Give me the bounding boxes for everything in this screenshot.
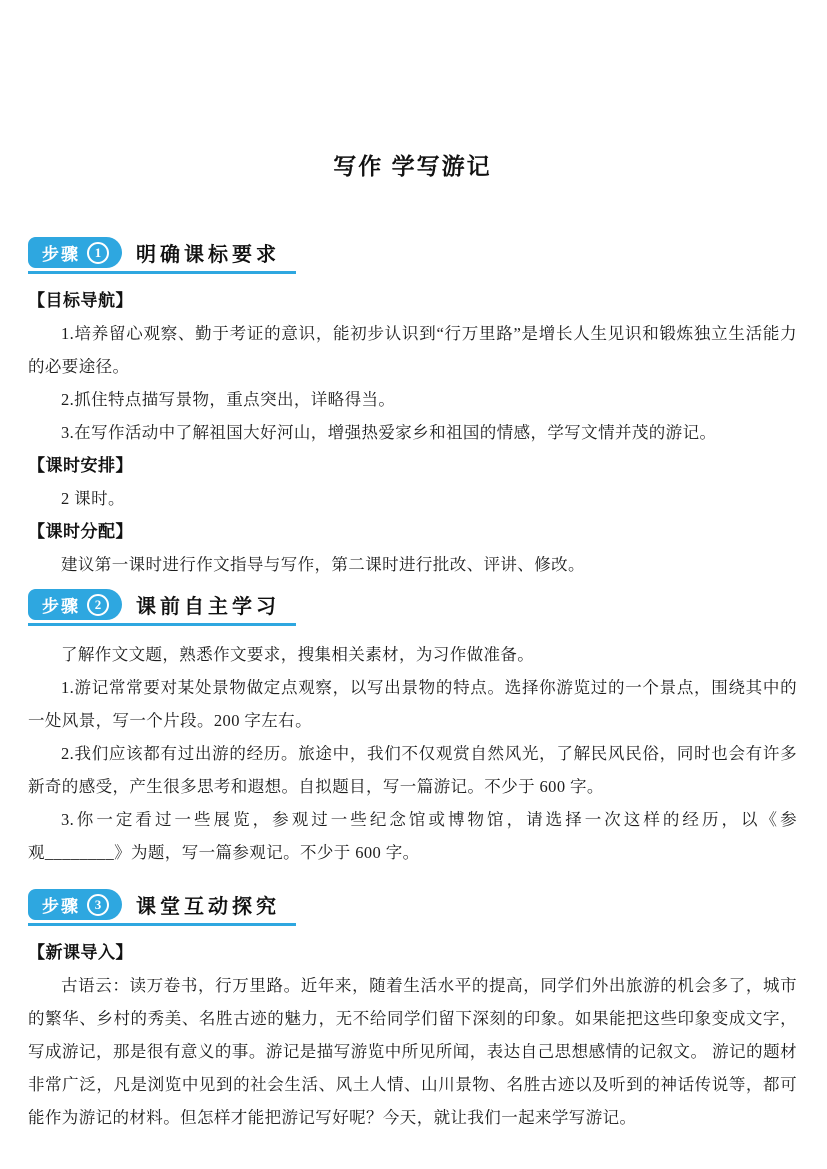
step1-header: 步骤1 明确课标要求 xyxy=(28,237,296,274)
step2-header: 步骤2 课前自主学习 xyxy=(28,589,296,626)
step2-number-icon: 2 xyxy=(87,594,109,616)
prestudy-intro: 了解作文文题，熟悉作文要求，搜集相关素材，为习作做准备。 xyxy=(28,638,797,671)
task3-text-after: 为题，写一篇参观记。不少于 600 字。 xyxy=(131,843,420,862)
prestudy-task-3: 3.你一定看过一些展览，参观过一些纪念馆或博物馆，请选择一次这样的经历，以《参观… xyxy=(28,803,797,869)
step3-number-icon: 3 xyxy=(87,894,109,916)
step3-header-row: 步骤3 课堂互动探究 xyxy=(28,889,797,926)
step1-badge-label: 步骤 xyxy=(42,240,80,265)
step2-title: 课前自主学习 xyxy=(136,596,280,618)
goal-item-2: 2.抓住特点描写景物，重点突出，详略得当。 xyxy=(28,383,797,416)
allocation-text: 建议第一课时进行作文指导与写作，第二课时进行批改、评讲、修改。 xyxy=(28,548,797,581)
subhead-goal-navigation: 【目标导航】 xyxy=(28,284,797,317)
subhead-class-allocation: 【课时分配】 xyxy=(28,515,797,548)
task3-text-before: 3.你一定看过一些展览，参观过一些纪念馆或博物馆，请选择一次这样的经历，以《参 xyxy=(61,810,797,829)
schedule-text: 2 课时。 xyxy=(28,482,797,515)
step1-number-icon: 1 xyxy=(87,242,109,264)
prestudy-task-1: 1.游记常常要对某处景物做定点观察，以写出景物的特点。选择你游览过的一个景点，围… xyxy=(28,671,797,737)
task3-fill-in-blank: 观________》 xyxy=(28,843,131,862)
step2-badge: 步骤2 xyxy=(28,589,122,620)
prestudy-task-2: 2.我们应该都有过出游的经历。旅途中，我们不仅观赏自然风光，了解民风民俗，同时也… xyxy=(28,737,797,803)
step1-header-row: 步骤1 明确课标要求 xyxy=(28,237,797,274)
step1-badge: 步骤1 xyxy=(28,237,122,268)
step3-badge: 步骤3 xyxy=(28,889,122,920)
step3-title: 课堂互动探究 xyxy=(136,896,280,918)
subhead-new-lesson-intro: 【新课导入】 xyxy=(28,936,797,969)
goal-item-1: 1.培养留心观察、勤于考证的意识，能初步认识到“行万里路”是增长人生见识和锻炼独… xyxy=(28,317,797,383)
new-lesson-intro-text: 古语云：读万卷书，行万里路。近年来，随着生活水平的提高，同学们外出旅游的机会多了… xyxy=(28,969,797,1134)
goal-item-3: 3.在写作活动中了解祖国大好河山，增强热爱家乡和祖国的情感，学写文情并茂的游记。 xyxy=(28,416,797,449)
subhead-class-schedule: 【课时安排】 xyxy=(28,449,797,482)
page-title: 写作 学写游记 xyxy=(28,148,797,181)
document-page: 写作 学写游记 步骤1 明确课标要求 【目标导航】 1.培养留心观察、勤于考证的… xyxy=(0,148,827,1134)
step3-badge-label: 步骤 xyxy=(42,892,80,917)
step3-header: 步骤3 课堂互动探究 xyxy=(28,889,296,926)
step1-title: 明确课标要求 xyxy=(136,244,280,266)
step2-header-row: 步骤2 课前自主学习 xyxy=(28,589,797,626)
step2-badge-label: 步骤 xyxy=(42,592,80,617)
